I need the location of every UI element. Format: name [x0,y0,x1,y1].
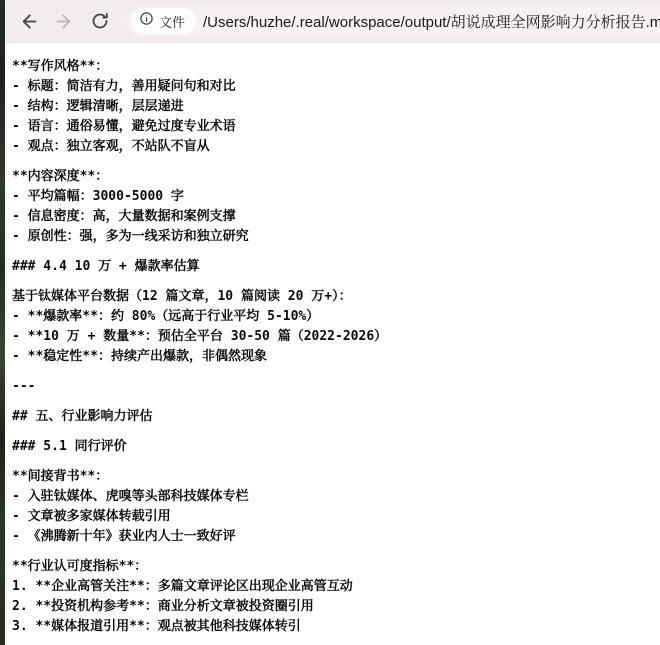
text-line [12,457,660,467]
text-line: 2. **投资机构参考**：商业分析文章被投资圈引用 [12,597,660,617]
text-line: - **爆款率**：约 80%（远高于行业平均 5-10%） [12,307,660,327]
forward-arrow-icon [54,11,75,32]
scheme-chip-label: 文件 [159,12,185,31]
text-line: 基于钛媒体平台数据（12 篇文章，10 篇阅读 20 万+）： [12,287,660,307]
text-line: - **10 万 + 数量**：预估全平台 30-50 篇（2022-2026） [12,327,660,347]
text-line: - 标题：简洁有力，善用疑问句和对比 [12,77,660,97]
desktop-background-edge [0,0,5,645]
text-line: **写作风格**： [12,57,660,77]
back-arrow-icon [18,11,39,32]
text-line [12,247,660,257]
address-bar[interactable]: 文件 /Users/huzhe/.real/workspace/output/胡… [127,6,660,37]
text-line: ### 4.4 10 万 + 爆款率估算 [12,257,660,277]
text-line: 1. **企业高管关注**：多篇文章评论区出现企业高管互动 [12,577,660,597]
text-line: - 观点：独立客观，不站队不盲从 [12,137,660,157]
file-scheme-chip[interactable]: 文件 [131,8,196,34]
text-line: - 平均篇幅：3000-5000 字 [12,187,660,207]
reload-button[interactable] [89,10,111,32]
text-line [12,367,660,377]
text-line: - 原创性：强，多为一线采访和独立研究 [12,227,660,247]
text-line: ## 五、行业影响力评估 [12,407,660,427]
text-line [12,547,660,557]
text-line: - 《沸腾新十年》获业内人士一致好评 [12,527,660,547]
forward-button[interactable] [53,10,75,32]
url-path-text: /Users/huzhe/.real/workspace/output/胡说成理… [203,11,660,32]
text-line [12,277,660,287]
text-line: --- [12,377,660,397]
browser-window: 文件 /Users/huzhe/.real/workspace/output/胡… [0,0,660,645]
info-circle-icon [139,11,154,31]
text-line: - 语言：通俗易懂，避免过度专业术语 [12,117,660,137]
text-line: - **稳定性**：持续产出爆款，非偶然现象 [12,347,660,367]
text-line [12,397,660,407]
text-line: - 信息密度：高，大量数据和案例支撑 [12,207,660,227]
text-line: **间接背书**： [12,467,660,487]
text-line: ### 5.1 同行评价 [12,437,660,457]
back-button[interactable] [17,10,39,32]
text-line: **行业认可度指标**： [12,557,660,577]
browser-toolbar: 文件 /Users/huzhe/.real/workspace/output/胡… [0,0,660,43]
text-line [12,427,660,437]
text-line: **内容深度**： [12,167,660,187]
text-line: - 入驻钛媒体、虎嗅等头部科技媒体专栏 [12,487,660,507]
text-line: 3. **媒体报道引用**：观点被其他科技媒体转引 [12,617,660,637]
text-line [12,157,660,167]
text-line: - 文章被多家媒体转载引用 [12,507,660,527]
text-line: - 结构：逻辑清晰，层层递进 [12,97,660,117]
file-content: **写作风格**：- 标题：简洁有力，善用疑问句和对比- 结构：逻辑清晰，层层递… [0,43,660,645]
reload-icon [90,11,110,31]
